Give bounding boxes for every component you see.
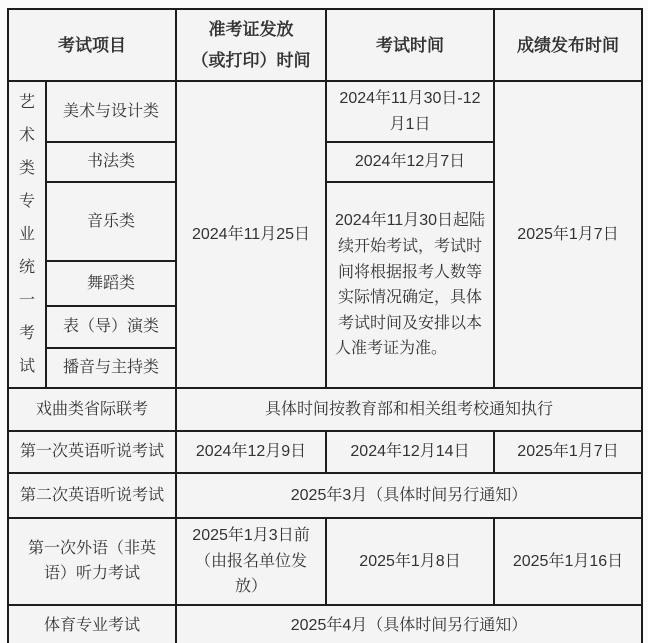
score-time-cell: 2025年1月7日: [494, 431, 642, 473]
subcategory-label: 书法类: [46, 142, 176, 182]
subcategory-label: 美术与设计类: [46, 81, 176, 142]
row-label: 第一次英语听说考试: [8, 431, 176, 473]
table-row: 戏曲类省际联考 具体时间按教育部和相关组考校通知执行: [8, 388, 642, 431]
table-row: 第二次英语听说考试 2025年3月（具体时间另行通知）: [8, 473, 642, 518]
table-row: 体育专业考试 2025年4月（具体时间另行通知）: [8, 605, 642, 643]
subcategory-label: 表（导）演类: [46, 306, 176, 348]
score-time-cell: 2025年1月16日: [494, 518, 642, 605]
ticket-time-cell: 2024年12月9日: [176, 431, 326, 473]
art-section-vertical-label: 艺术类专业统一考试: [19, 86, 36, 383]
header-score-time: 成绩发布时间: [494, 9, 642, 81]
exam-schedule-table: 考试项目 准考证发放 （或打印）时间 考试时间 成绩发布时间 艺术类专业统一考试…: [7, 8, 643, 643]
table-row: 第一次外语（非英语）听力考试 2025年1月3日前（由报名单位发放） 2025年…: [8, 518, 642, 605]
header-exam-item: 考试项目: [8, 9, 176, 81]
subcategory-label: 音乐类: [46, 182, 176, 261]
exam-time-cell: 2025年1月8日: [326, 518, 494, 605]
header-ticket-time: 准考证发放 （或打印）时间: [176, 9, 326, 81]
row-label: 戏曲类省际联考: [8, 388, 176, 431]
exam-time-cell: 2024年12月14日: [326, 431, 494, 473]
art-ticket-time-cell: 2024年11月25日: [176, 81, 326, 388]
exam-schedule-page: 考试项目 准考证发放 （或打印）时间 考试时间 成绩发布时间 艺术类专业统一考试…: [0, 0, 648, 643]
subcategory-label: 舞蹈类: [46, 261, 176, 306]
table-row: 第一次英语听说考试 2024年12月9日 2024年12月14日 2025年1月…: [8, 431, 642, 473]
exam-time-cell: 2024年11月30日-12月1日: [326, 81, 494, 142]
header-ticket-line1: 准考证发放: [185, 14, 317, 45]
merged-note-cell: 2025年4月（具体时间另行通知）: [176, 605, 642, 643]
table-row: 艺术类专业统一考试 美术与设计类 2024年11月25日 2024年11月30日…: [8, 81, 642, 142]
exam-time-cell: 2024年12月7日: [326, 142, 494, 182]
merged-note-cell: 2025年3月（具体时间另行通知）: [176, 473, 642, 518]
art-score-time-cell: 2025年1月7日: [494, 81, 642, 388]
row-label: 第二次英语听说考试: [8, 473, 176, 518]
row-label: 体育专业考试: [8, 605, 176, 643]
ticket-time-cell: 2025年1月3日前（由报名单位发放）: [176, 518, 326, 605]
row-label: 第一次外语（非英语）听力考试: [8, 518, 176, 605]
header-ticket-line2: （或打印）时间: [185, 45, 317, 76]
subcategory-label: 播音与主持类: [46, 348, 176, 388]
header-exam-time: 考试时间: [326, 9, 494, 81]
header-row: 考试项目 准考证发放 （或打印）时间 考试时间 成绩发布时间: [8, 9, 642, 81]
merged-note-cell: 具体时间按教育部和相关组考校通知执行: [176, 388, 642, 431]
art-section-vertical-label-cell: 艺术类专业统一考试: [8, 81, 46, 388]
art-exam-time-note-cell: 2024年11月30日起陆续开始考试，考试时间将根据报考人数等实际情况确定，具体…: [326, 182, 494, 388]
